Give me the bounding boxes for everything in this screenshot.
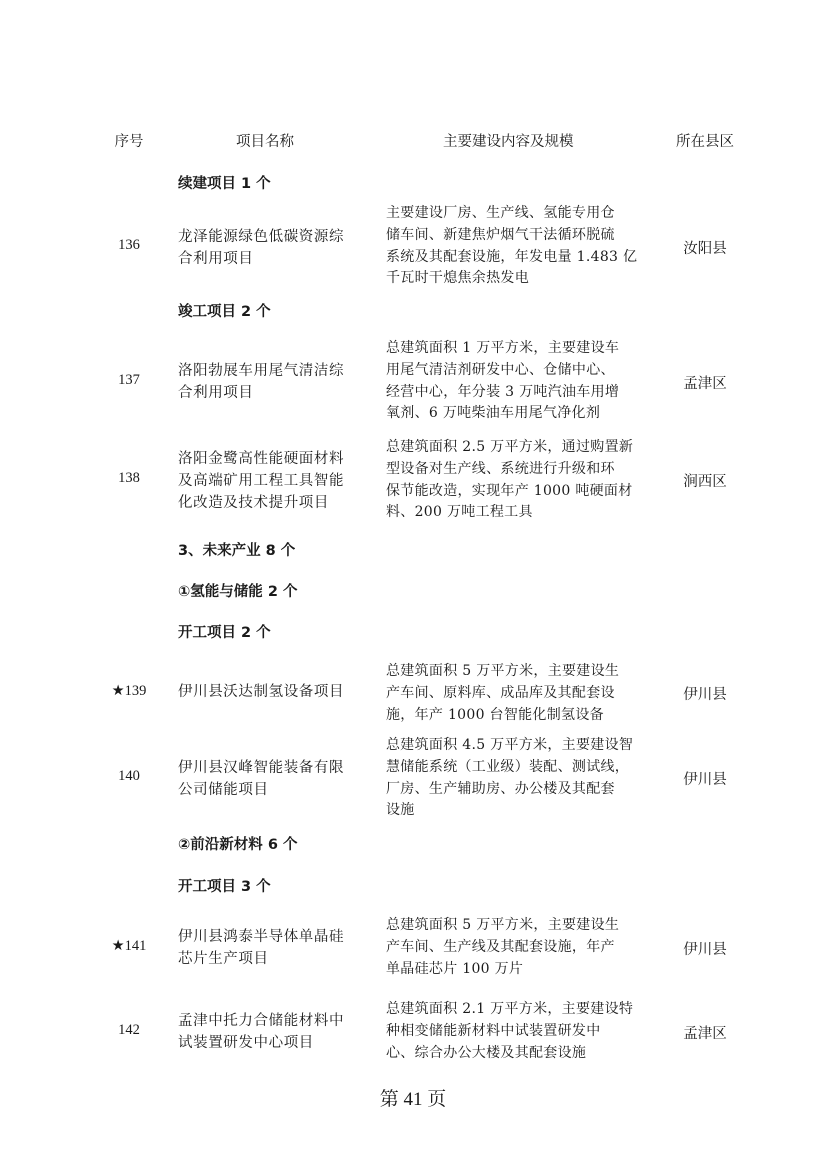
- row-county: 伊川县: [665, 768, 745, 789]
- row-county: 伊川县: [665, 683, 745, 704]
- row-name: 伊川县鸿泰半导体单晶硅 芯片生产项目: [178, 926, 358, 970]
- row-seq: 138: [89, 470, 169, 487]
- row-seq: 137: [89, 372, 169, 389]
- row-county: 孟津区: [665, 1022, 745, 1043]
- row-name: 洛阳勃展车用尾气清洁综 合利用项目: [178, 360, 358, 404]
- row-seq: 142: [89, 1022, 169, 1039]
- row-content: 总建筑面积 4.5 万平方米，主要建设智 慧储能系统（工业级）装配、测试线， 厂…: [386, 735, 646, 822]
- row-name: 洛阳金鹭高性能硬面材料 及高端矿用工程工具智能 化改造及技术提升项目: [178, 448, 358, 514]
- row-content: 总建筑面积 2.5 万平方米，通过购置新 型设备对生产线、系统进行升级和环 保节…: [386, 437, 646, 524]
- header-name: 项目名称: [236, 130, 294, 151]
- section-heading: 开工项目 3 个: [178, 875, 271, 896]
- row-content: 总建筑面积 5 万平方米，主要建设生 产车间、生产线及其配套设施，年产 单晶硅芯…: [386, 915, 646, 980]
- row-county: 涧西区: [665, 470, 745, 491]
- header-seq: 序号: [89, 130, 169, 151]
- section-heading: ①氢能与储能 2 个: [178, 580, 297, 601]
- row-seq: 136: [89, 237, 169, 254]
- section-heading: 续建项目 1 个: [178, 172, 271, 193]
- header-county: 所在县区: [665, 130, 745, 151]
- row-seq: 140: [89, 768, 169, 785]
- section-heading: ②前沿新材料 6 个: [178, 833, 297, 854]
- row-name: 伊川县汉峰智能装备有限 公司储能项目: [178, 757, 358, 801]
- row-county: 伊川县: [665, 938, 745, 959]
- row-seq: ★139: [89, 683, 169, 700]
- section-heading: 3、未来产业 8 个: [178, 539, 295, 560]
- header-content: 主要建设内容及规模: [443, 130, 574, 151]
- row-content: 总建筑面积 1 万平方米，主要建设车 用尾气清洁剂研发中心、仓储中心、 经营中心…: [386, 338, 646, 425]
- row-name: 伊川县沃达制氢设备项目: [178, 683, 358, 701]
- row-content: 总建筑面积 2.1 万平方米，主要建设特 种相变储能新材料中试装置研发中 心、综…: [386, 999, 646, 1064]
- page-number: 第 41 页: [0, 1084, 826, 1111]
- section-heading: 开工项目 2 个: [178, 621, 271, 642]
- row-name: 龙泽能源绿色低碳资源综 合利用项目: [178, 226, 358, 270]
- row-county: 汝阳县: [665, 237, 745, 258]
- row-content: 总建筑面积 5 万平方米，主要建设生 产车间、原料库、成品库及其配套设 施，年产…: [386, 661, 646, 726]
- row-name: 孟津中托力合储能材料中 试装置研发中心项目: [178, 1010, 358, 1054]
- row-seq: ★141: [89, 938, 169, 955]
- row-county: 孟津区: [665, 372, 745, 393]
- section-heading: 竣工项目 2 个: [178, 300, 271, 321]
- row-content: 主要建设厂房、生产线、氢能专用仓 储车间、新建焦炉烟气干法循环脱硫 系统及其配套…: [386, 203, 646, 290]
